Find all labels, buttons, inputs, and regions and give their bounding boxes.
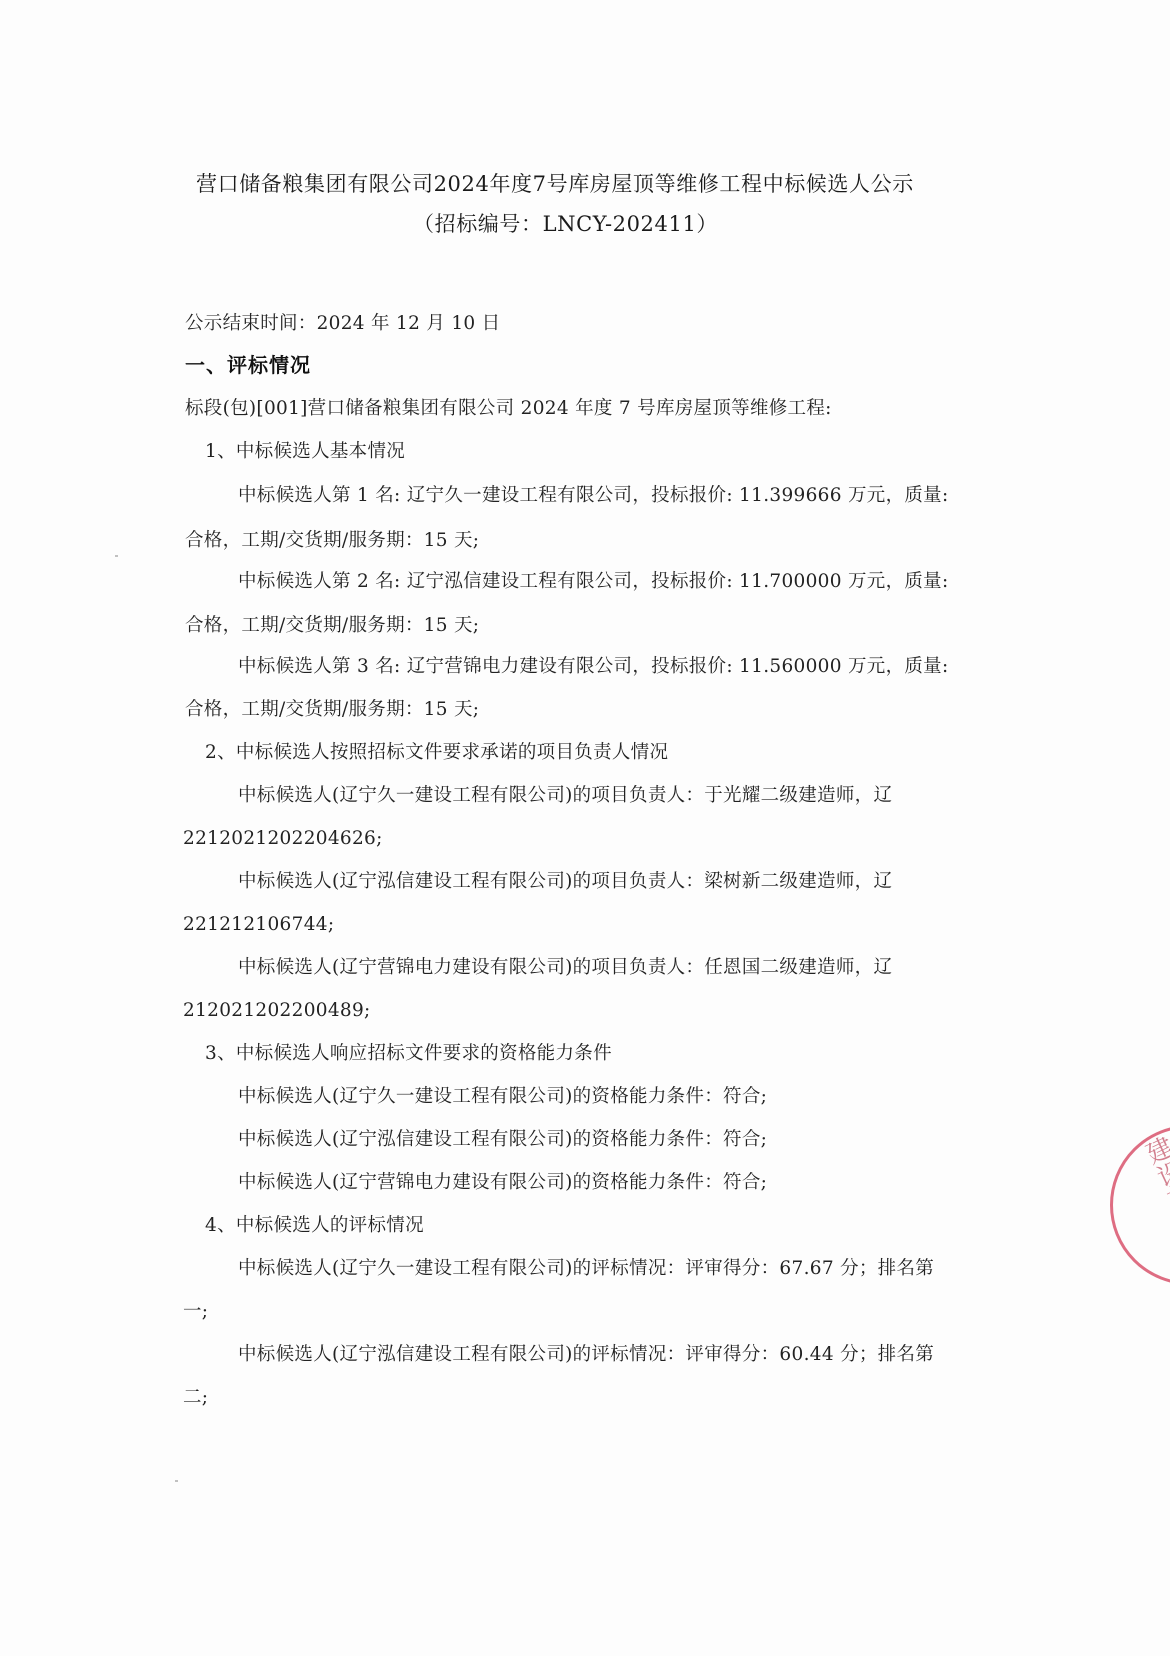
lot-description: 标段(包)[001]营口储备粮集团有限公司 2024 年度 7 号库房屋顶等维修… [185,397,832,421]
scan-speck [115,555,118,557]
qualification-item-3: 中标候选人(辽宁营锦电力建设有限公司)的资格能力条件：符合; [238,1171,767,1195]
qualification-item-1: 中标候选人(辽宁久一建设工程有限公司)的资格能力条件：符合; [238,1085,767,1109]
publicity-end-time: 公示结束时间：2024 年 12 月 10 日 [185,312,500,336]
section-heading-evaluation: 一、评标情况 [185,353,311,377]
candidate-1-line1: 中标候选人第 1 名: 辽宁久一建设工程有限公司，投标报价: 11.399666… [238,484,949,508]
document-title: 营口储备粮集团有限公司2024年度7号库房屋顶等维修工程中标候选人公示 [196,172,914,196]
evaluation-2-line2: 二; [183,1386,208,1410]
manager-3-line2: 212021202200489; [183,999,371,1023]
evaluation-1-line2: 一; [183,1300,208,1324]
subsection-heading-project-manager: 2、中标候选人按照招标文件要求承诺的项目负责人情况 [205,741,668,765]
subsection-heading-qualification: 3、中标候选人响应招标文件要求的资格能力条件 [205,1042,612,1066]
candidate-2-line2: 合格，工期/交货期/服务期：15 天; [185,614,479,638]
evaluation-2-line1: 中标候选人(辽宁泓信建设工程有限公司)的评标情况：评审得分：60.44 分；排名… [238,1343,934,1367]
manager-2-line2: 221212106744; [183,913,334,937]
evaluation-1-line1: 中标候选人(辽宁久一建设工程有限公司)的评标情况：评审得分：67.67 分；排名… [238,1257,934,1281]
subsection-heading-evaluation-result: 4、中标候选人的评标情况 [205,1214,424,1238]
subsection-heading-basic-info: 1、中标候选人基本情况 [205,440,405,464]
manager-2-line1: 中标候选人(辽宁泓信建设工程有限公司)的项目负责人：梁树新二级建造师，辽 [238,870,892,894]
manager-1-line1: 中标候选人(辽宁久一建设工程有限公司)的项目负责人：于光耀二级建造师，辽 [238,784,892,808]
candidate-1-line2: 合格，工期/交货期/服务期：15 天; [185,529,479,553]
manager-1-line2: 2212021202204626; [183,827,383,851]
document-page: 营口储备粮集团有限公司2024年度7号库房屋顶等维修工程中标候选人公示 （招标编… [0,0,1170,1656]
candidate-3-line2: 合格，工期/交货期/服务期：15 天; [185,698,479,722]
tender-number: （招标编号：LNCY-202411） [413,212,718,236]
qualification-item-2: 中标候选人(辽宁泓信建设工程有限公司)的资格能力条件：符合; [238,1128,767,1152]
manager-3-line1: 中标候选人(辽宁营锦电力建设有限公司)的项目负责人：任恩国二级建造师，辽 [238,956,892,980]
candidate-2-line1: 中标候选人第 2 名: 辽宁泓信建设工程有限公司，投标报价: 11.700000… [238,570,949,594]
candidate-3-line1: 中标候选人第 3 名: 辽宁营锦电力建设有限公司，投标报价: 11.560000… [238,655,949,679]
scan-speck [175,1480,178,1482]
